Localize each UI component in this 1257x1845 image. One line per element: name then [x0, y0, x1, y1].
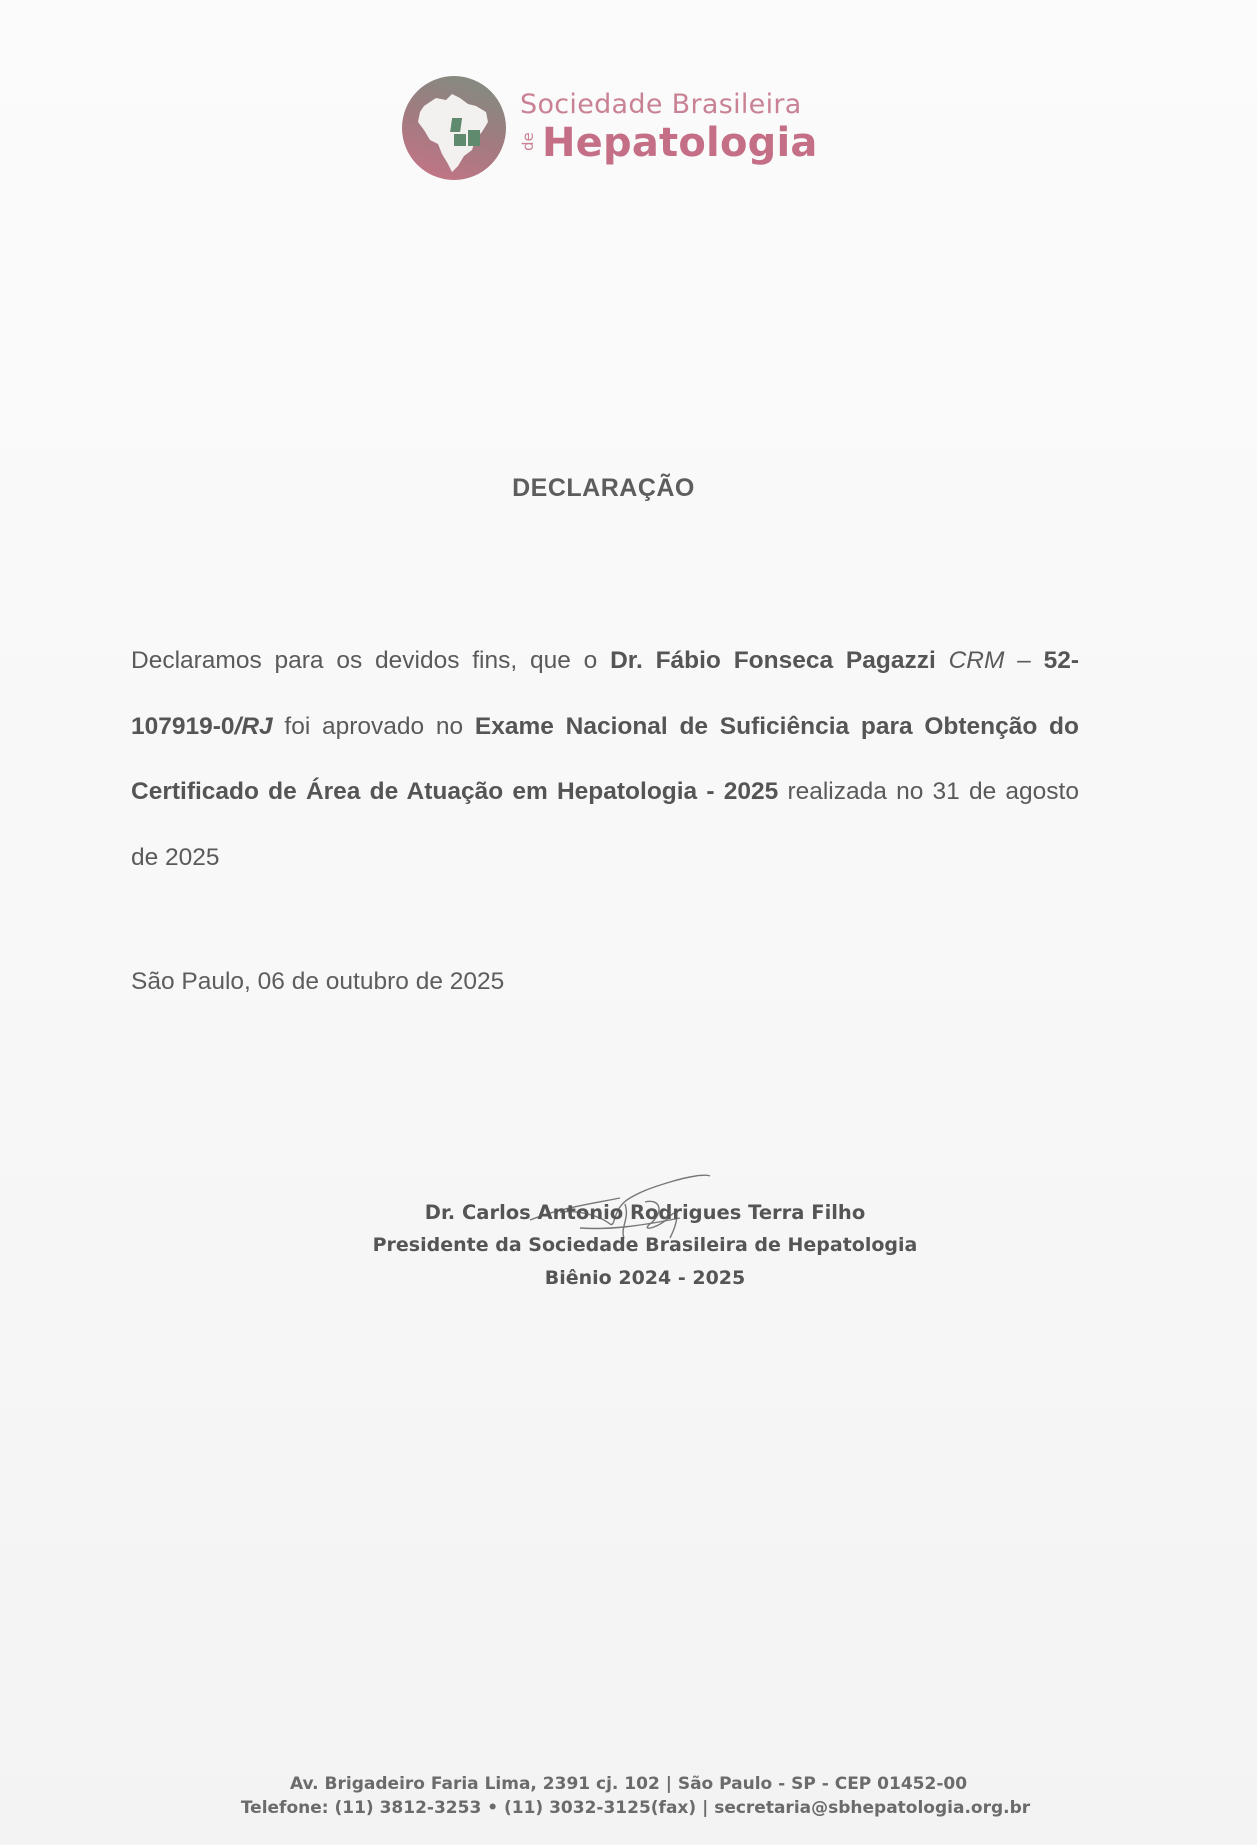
brazil-map-logo-icon	[402, 76, 506, 180]
intro-text: Declaramos para os devidos fins, que o	[131, 647, 610, 674]
organization-logo: Sociedade Brasileira de Hepatologia	[402, 76, 818, 180]
signature-block: Dr. Carlos Antonio Rodrigues Terra Filho…	[330, 1196, 960, 1295]
crm-label: CRM –	[936, 647, 1044, 674]
doctor-name: Dr. Fábio Fonseca Pagazzi	[610, 647, 936, 674]
date-line: São Paulo, 06 de outubro de 2025	[131, 968, 504, 996]
signer-name: Dr. Carlos Antonio Rodrigues Terra Filho	[330, 1196, 960, 1229]
footer: Av. Brigadeiro Faria Lima, 2391 cj. 102 …	[0, 1772, 1257, 1820]
organization-name-line1: Sociedade Brasileira	[520, 90, 818, 120]
document-title: DECLARAÇÃO	[0, 474, 1207, 503]
signer-term: Biênio 2024 - 2025	[330, 1262, 960, 1295]
mid-text: foi aprovado no	[273, 713, 475, 740]
footer-contact: Telefone: (11) 3812-3253 • (11) 3032-312…	[14, 1796, 1257, 1820]
declaration-paragraph: Declaramos para os devidos fins, que o D…	[131, 628, 1079, 890]
organization-name-de: de	[505, 135, 551, 151]
crm-state: /RJ	[235, 713, 273, 740]
footer-address: Av. Brigadeiro Faria Lima, 2391 cj. 102 …	[0, 1772, 1257, 1796]
signer-role: Presidente da Sociedade Brasileira de He…	[330, 1229, 960, 1262]
organization-name-line2: Hepatologia	[542, 120, 818, 166]
